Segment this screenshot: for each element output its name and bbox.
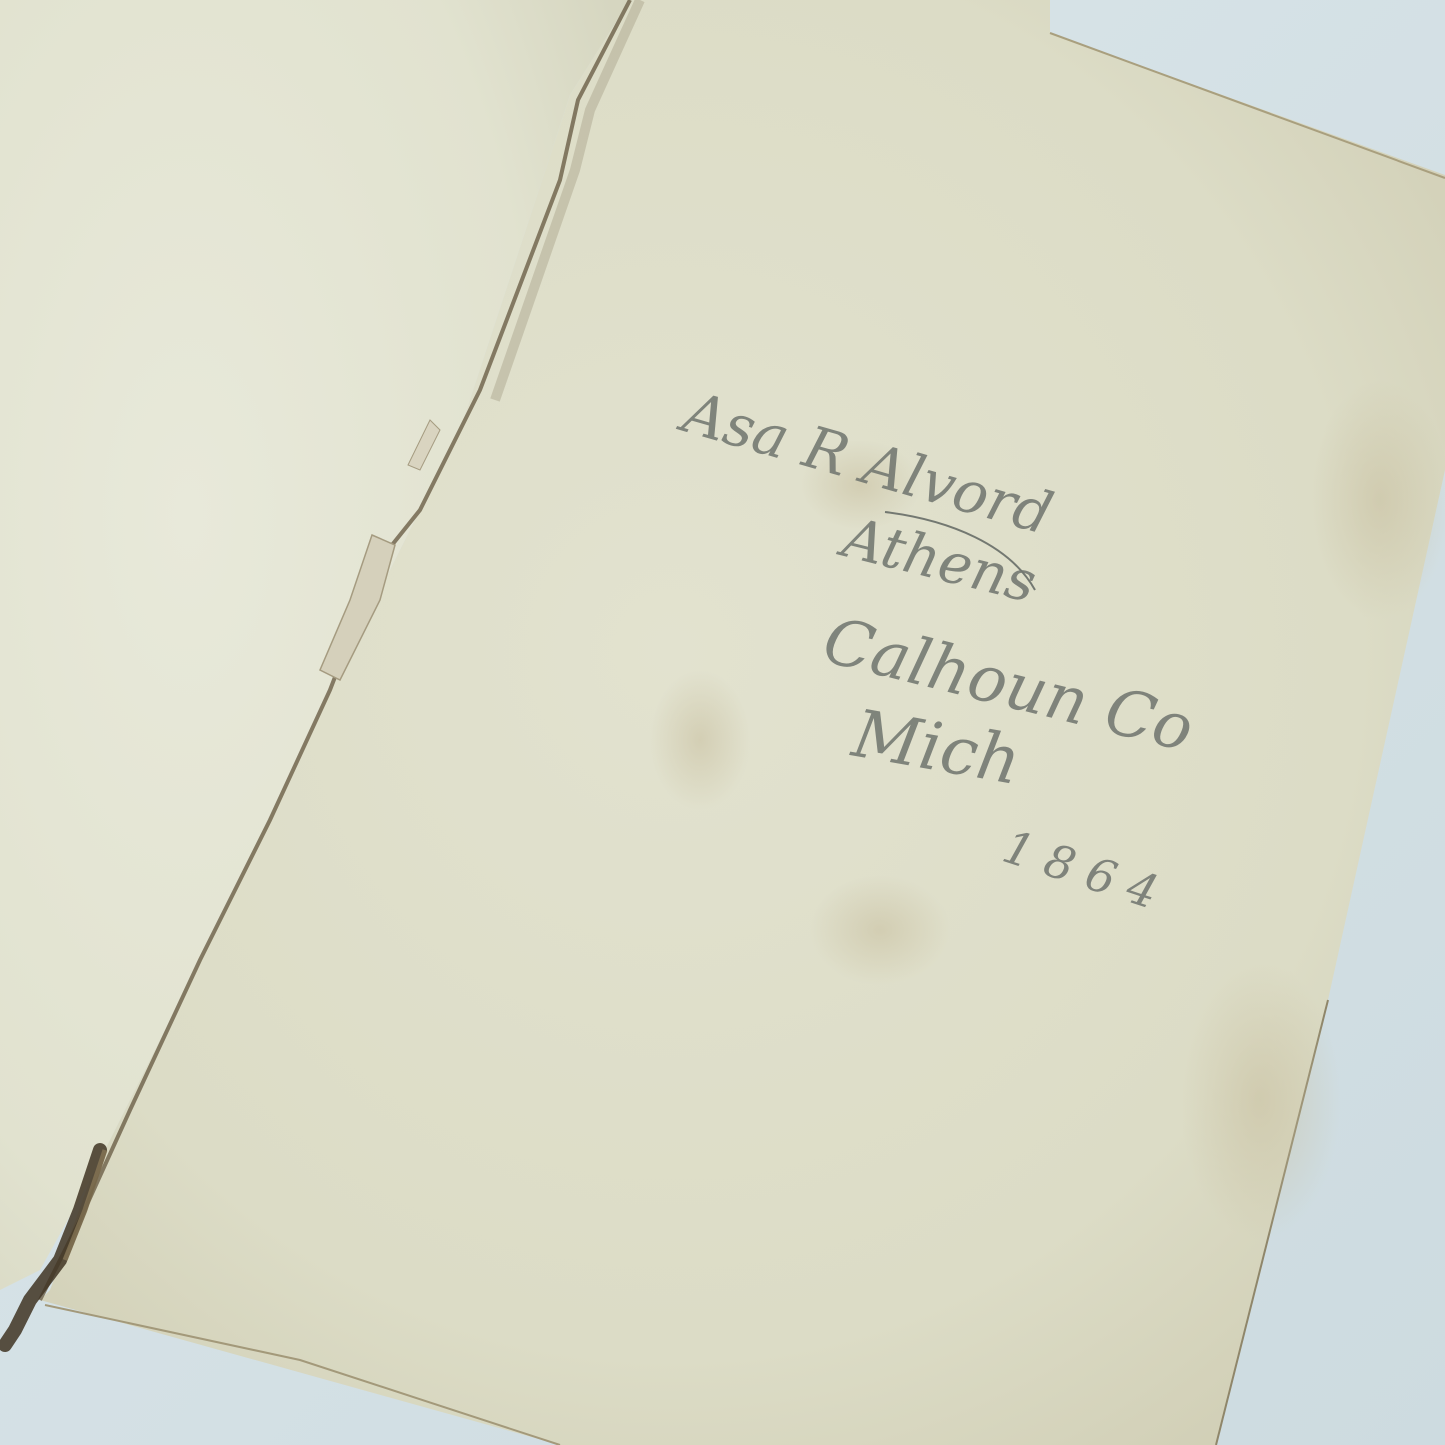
foxing-stain [1310, 380, 1445, 620]
foxing-stain [810, 875, 950, 985]
book-illustration: Asa R Alvord Athens Calhoun Co Mich 1864 [0, 0, 1445, 1445]
foxing-stain [1180, 960, 1340, 1240]
foxing-stain [650, 670, 750, 810]
book-photo: Asa R Alvord Athens Calhoun Co Mich 1864 [0, 0, 1445, 1445]
